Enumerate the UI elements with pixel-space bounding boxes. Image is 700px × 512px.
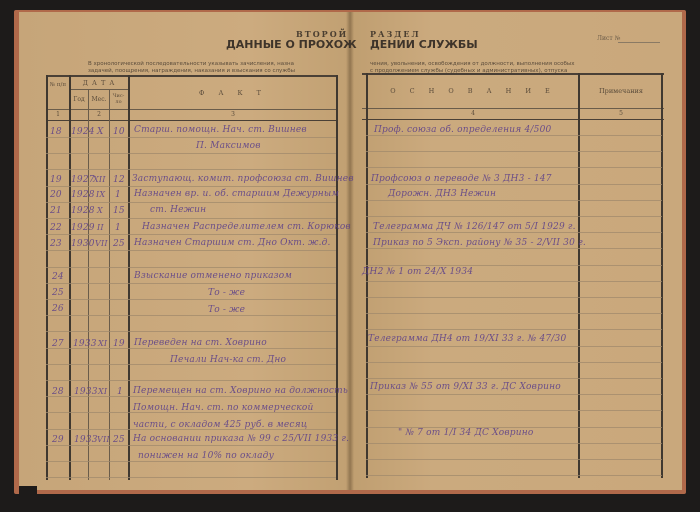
entry-18-year: 1924 — [71, 127, 95, 137]
table-top-rule-left — [46, 75, 336, 77]
ruled-line — [366, 151, 662, 152]
entry-19-day: 12 — [113, 175, 125, 185]
col-header-day: Чис-ло — [110, 93, 127, 105]
entry-19-basis: Профсоюз о переводе № 3 ДН3 - 147 — [371, 174, 552, 184]
ruled-line — [366, 167, 662, 168]
entry-26-no: 26 — [52, 304, 64, 314]
vline-left-edge — [46, 75, 48, 480]
entry-22-no: 22 — [50, 223, 62, 233]
entry-29-fact-2: понижен на 10% по окладу — [138, 451, 274, 461]
vline-notes-right — [661, 73, 663, 478]
entry-18-month: X — [97, 127, 104, 137]
ruled-line — [46, 315, 336, 316]
entry-18-basis: Проф. союза об. определения 4/500 — [374, 125, 551, 135]
entry-23-fact: Назначен Старшим ст. Дно Окт. ж.д. — [134, 238, 331, 248]
col-num-3: 3 — [130, 111, 336, 118]
ruled-line — [366, 265, 662, 266]
ruled-line — [366, 443, 662, 444]
col-num-1: 1 — [48, 111, 68, 118]
ruled-line — [46, 267, 336, 268]
entry-24-fact: Взыскание отменено приказом — [134, 271, 292, 281]
entry-28-fact-3: части, с окладом 425 руб. в месяц — [133, 420, 307, 430]
ruled-line — [46, 380, 336, 381]
vline-fact-right — [336, 75, 338, 480]
entry-23-no: 23 — [50, 239, 62, 249]
entry-29-day: 25 — [113, 435, 125, 445]
entry-19-month: XII — [93, 175, 106, 184]
entry-25-no: 25 — [52, 288, 64, 298]
ruled-line — [46, 461, 336, 462]
entry-27-fact-1: Переведен на ст. Ховрино — [134, 338, 267, 348]
col-header-date: Д А Т А — [70, 79, 128, 87]
entry-20-fact: Назначен вр. и. об. старшим Дежурным — [134, 189, 339, 199]
ruled-line — [46, 137, 336, 138]
ruled-line — [366, 200, 662, 201]
entry-22-month: II — [97, 223, 104, 232]
entry-19-fact: Заступающ. комит. профсоюза ст. Вишнев — [132, 174, 354, 184]
entry-28-year: 1933 — [74, 387, 98, 397]
entry-29-year: 1933 — [74, 435, 98, 445]
ruled-line — [46, 186, 336, 187]
col-num-5: 5 — [580, 110, 662, 117]
col-header-number: № п/п — [48, 82, 68, 88]
entry-23-basis: Приказ по 5 Эксп. району № 35 - 2/VII 30… — [373, 238, 586, 248]
entry-28-no: 28 — [52, 387, 64, 397]
right-page — [350, 12, 682, 490]
instructions-left-2: задачей, поощрения, награждения, наказан… — [88, 67, 295, 75]
ruled-line — [46, 477, 336, 478]
vline-basis-right — [578, 73, 580, 478]
ruled-line — [366, 346, 662, 347]
ruled-line — [46, 153, 336, 154]
ruled-line — [46, 250, 336, 251]
ruled-line — [366, 297, 662, 298]
ruled-line — [366, 232, 662, 233]
ruled-line — [366, 378, 662, 379]
entry-22-year: 1929 — [71, 223, 95, 233]
entry-28-month: XI — [98, 387, 107, 396]
entry-27-month: XI — [98, 339, 107, 348]
vline-year — [88, 89, 89, 480]
ruled-line — [366, 362, 662, 363]
entry-21-month: X — [97, 206, 103, 215]
entry-27-year: 1933 — [73, 339, 97, 349]
entry-28-day: 1 — [117, 387, 123, 397]
ruled-line — [46, 169, 336, 170]
ruled-line — [366, 248, 662, 249]
ruled-line — [366, 475, 662, 476]
col-header-basis: О С Н О В А Н И Е — [368, 87, 578, 95]
ruled-line — [366, 459, 662, 460]
entry-29-fact-1: На основании приказа № 99 с 25/VII 1933 … — [133, 434, 349, 444]
entry-20-year: 1928 — [71, 190, 95, 200]
entry-23-day: 25 — [113, 239, 125, 249]
ruled-line — [46, 202, 336, 203]
ruled-line — [46, 299, 336, 300]
ruled-line — [46, 283, 336, 284]
entry-27-basis: Телеграмма ДН4 от 19/XI 33 г. № 47/30 — [368, 334, 566, 344]
table-header-bottom-left — [46, 120, 336, 121]
sheet-number-line — [618, 42, 660, 43]
col-header-fact: Ф А К Т — [130, 89, 336, 97]
col-number-row-left — [46, 109, 336, 110]
section-title-left: ДАННЫЕ О ПРОХОЖ — [226, 38, 357, 51]
entry-22-fact: Назначен Распределителем ст. Корюков — [142, 222, 351, 232]
entry-20-month: IX — [96, 190, 105, 199]
col-num-4: 4 — [368, 110, 578, 117]
ruled-line — [366, 394, 662, 395]
ruled-line — [46, 234, 336, 235]
ruled-line — [46, 445, 336, 446]
ruled-line — [46, 218, 336, 219]
entry-21-day: 15 — [113, 206, 125, 216]
entry-27-day: 19 — [113, 339, 125, 349]
vline-month — [109, 89, 110, 480]
entry-28-basis: Приказ № 55 от 9/XI 33 г. ДС Ховрино — [370, 382, 561, 392]
entry-21-fact: ст. Нежин — [150, 205, 206, 215]
entry-22-basis: Телеграмма ДЧ № 126/147 от 5/I 1929 г. — [373, 222, 576, 232]
entry-27-no: 27 — [52, 339, 64, 349]
sheet-number-label: Лист № — [597, 35, 620, 42]
ruled-line — [366, 313, 662, 314]
entry-28-fact-2: Помощн. Нач. ст. по коммерческой — [133, 403, 313, 413]
entry-22-day: 1 — [115, 223, 121, 233]
entry-23-month: VII — [95, 239, 108, 248]
entry-24-no: 24 — [52, 272, 64, 282]
section-title-right: ДЕНИИ СЛУЖБЫ — [370, 38, 478, 51]
ruled-line — [366, 410, 662, 411]
entry-18-no: 18 — [50, 127, 62, 137]
book-gutter — [346, 12, 354, 490]
vline-date — [128, 75, 130, 480]
ruled-line — [46, 331, 336, 332]
ruled-line — [366, 216, 662, 217]
col-header-year: Год — [70, 96, 88, 103]
entry-28-fact-1: Перемещен на ст. Ховрино на должность — [133, 386, 348, 396]
col-number-row-right — [362, 108, 664, 109]
table-header-bottom-right — [362, 119, 664, 120]
entry-29-no: 29 — [52, 435, 64, 445]
entry-18-day: 10 — [113, 127, 125, 137]
ruled-line — [366, 135, 662, 136]
entry-23-year: 1930 — [71, 239, 95, 249]
entry-27-fact-2: Печали Нач-ка ст. Дно — [170, 355, 286, 365]
entry-25-fact: То - же — [208, 288, 245, 298]
entry-20-no: 20 — [50, 190, 62, 200]
entry-18-fact-2: П. Максимов — [196, 141, 261, 151]
entry-19-no: 19 — [50, 175, 62, 185]
col-num-2: 2 — [70, 111, 128, 118]
date-group-divider — [70, 89, 128, 90]
entry-21-no: 21 — [50, 206, 62, 216]
entry-29-basis: " № 7 от 1/I 34 ДС Ховрино — [398, 428, 534, 438]
entry-20-basis: Дорожн. ДН3 Нежин — [388, 189, 496, 199]
entry-19-year: 1927 — [71, 175, 95, 185]
entry-29-month: VII — [97, 435, 110, 444]
entry-20-day: 1 — [115, 190, 121, 200]
page-corner-notch — [19, 486, 37, 494]
col-header-month: Мес. — [89, 96, 109, 103]
entry-24-basis: ДН2 № 1 от 24/X 1934 — [362, 267, 473, 277]
entry-21-year: 1928 — [71, 206, 95, 216]
entry-26-fact: То - же — [208, 305, 245, 315]
col-header-notes: Примечания — [580, 87, 662, 95]
entry-18-fact-1: Старш. помощн. Нач. ст. Вишнев — [134, 125, 307, 135]
ruled-line — [366, 281, 662, 282]
table-top-rule-right — [362, 73, 664, 75]
ruled-line — [366, 329, 662, 330]
ruled-line — [366, 184, 662, 185]
